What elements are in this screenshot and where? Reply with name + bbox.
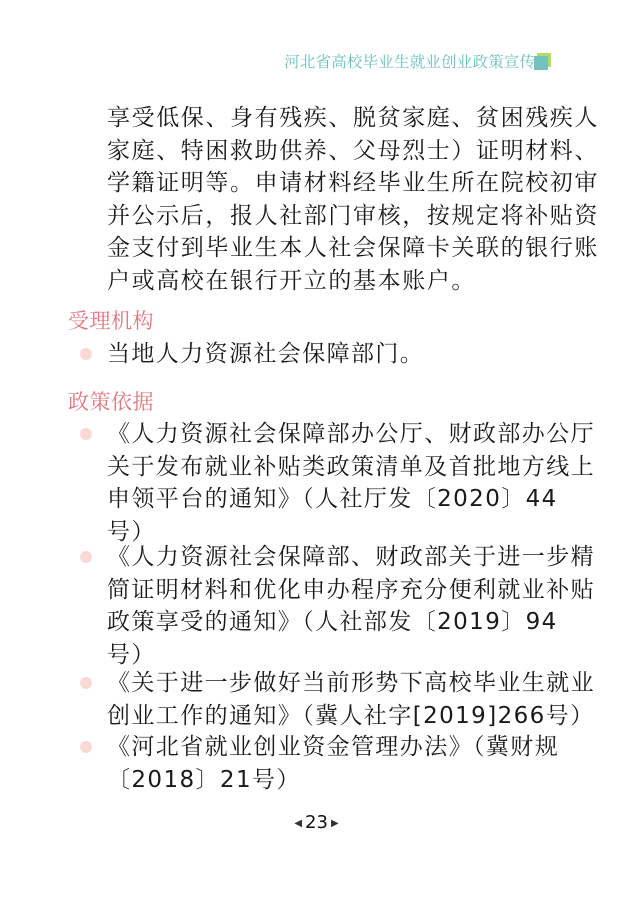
list-item-text: 《人力资源社会保障部、财政部关于进一步精 简证明材料和优化申办程序充分便利就业补… (107, 541, 595, 671)
list-item-line: 〔2018〕21号） (107, 764, 559, 797)
bullet-dot-icon (80, 348, 92, 360)
section-heading-handling-agency: 受理机构 (68, 305, 154, 335)
header-title: 河北省高校毕业生就业创业政策宣传册 (284, 50, 551, 72)
section-heading-policy-basis: 政策依据 (68, 386, 154, 416)
list-item-line: 《河北省就业创业资金管理办法》（冀财规 (107, 731, 559, 764)
intro-paragraph: 享受低保、身有残疾、脱贫家庭、贫困残疾人 家庭、特困救助供养、父母烈士）证明材料… (107, 102, 537, 298)
paragraph-line: 金支付到毕业生本人社会保障卡关联的银行账 (107, 232, 537, 265)
list-item-line: 当地人力资源社会保障部门。 (107, 338, 424, 371)
page-footer: ◀23▶ (0, 812, 633, 833)
paragraph-line: 家庭、特困救助供养、父母烈士）证明材料、 (107, 135, 537, 168)
list-item-text: 《关于进一步做好当前形势下高校毕业生就业 创业工作的通知》（冀人社字[2019]… (107, 667, 595, 732)
paragraph-line: 学籍证明等。申请材料经毕业生所在院校初审 (107, 167, 537, 200)
list-item-line: 简证明材料和优化申办程序充分便利就业补贴 (107, 574, 595, 607)
list-item-text: 《人力资源社会保障部办公厅、财政部办公厅 关于发布就业补贴类政策清单及首批地方线… (107, 418, 595, 548)
paragraph-line: 享受低保、身有残疾、脱贫家庭、贫困残疾人 (107, 102, 537, 135)
list-item-text: 当地人力资源社会保障部门。 (107, 338, 424, 371)
prev-page-icon: ◀ (294, 818, 302, 829)
list-item-line: 申领平台的通知》（人社厅发〔2020〕44 (107, 483, 595, 516)
list-item-text: 《河北省就业创业资金管理办法》（冀财规 〔2018〕21号） (107, 731, 559, 796)
page-number: 23 (305, 812, 328, 833)
paragraph-line: 并公示后，报人社部门审核，按规定将补贴资 (107, 200, 537, 233)
bullet-dot-icon (80, 428, 92, 440)
list-item-line: 《人力资源社会保障部、财政部关于进一步精 (107, 541, 595, 574)
list-item-line: 政策享受的通知》（人社部发〔2019〕94 (107, 606, 595, 639)
list-item-line: 《关于进一步做好当前形势下高校毕业生就业 (107, 667, 595, 700)
bullet-dot-icon (80, 677, 92, 689)
list-item-line: 《人力资源社会保障部办公厅、财政部办公厅 (107, 418, 595, 451)
bullet-dot-icon (80, 741, 92, 753)
paragraph-line: 户或高校在银行开立的基本账户。 (107, 265, 537, 298)
stacked-squares-icon (534, 53, 552, 71)
list-item-line: 创业工作的通知》（冀人社字[2019]266号） (107, 700, 595, 733)
running-header: 河北省高校毕业生就业创业政策宣传册 (284, 50, 551, 72)
bullet-dot-icon (80, 551, 92, 563)
next-page-icon: ▶ (331, 818, 339, 829)
list-item-line: 关于发布就业补贴类政策清单及首批地方线上 (107, 451, 595, 484)
